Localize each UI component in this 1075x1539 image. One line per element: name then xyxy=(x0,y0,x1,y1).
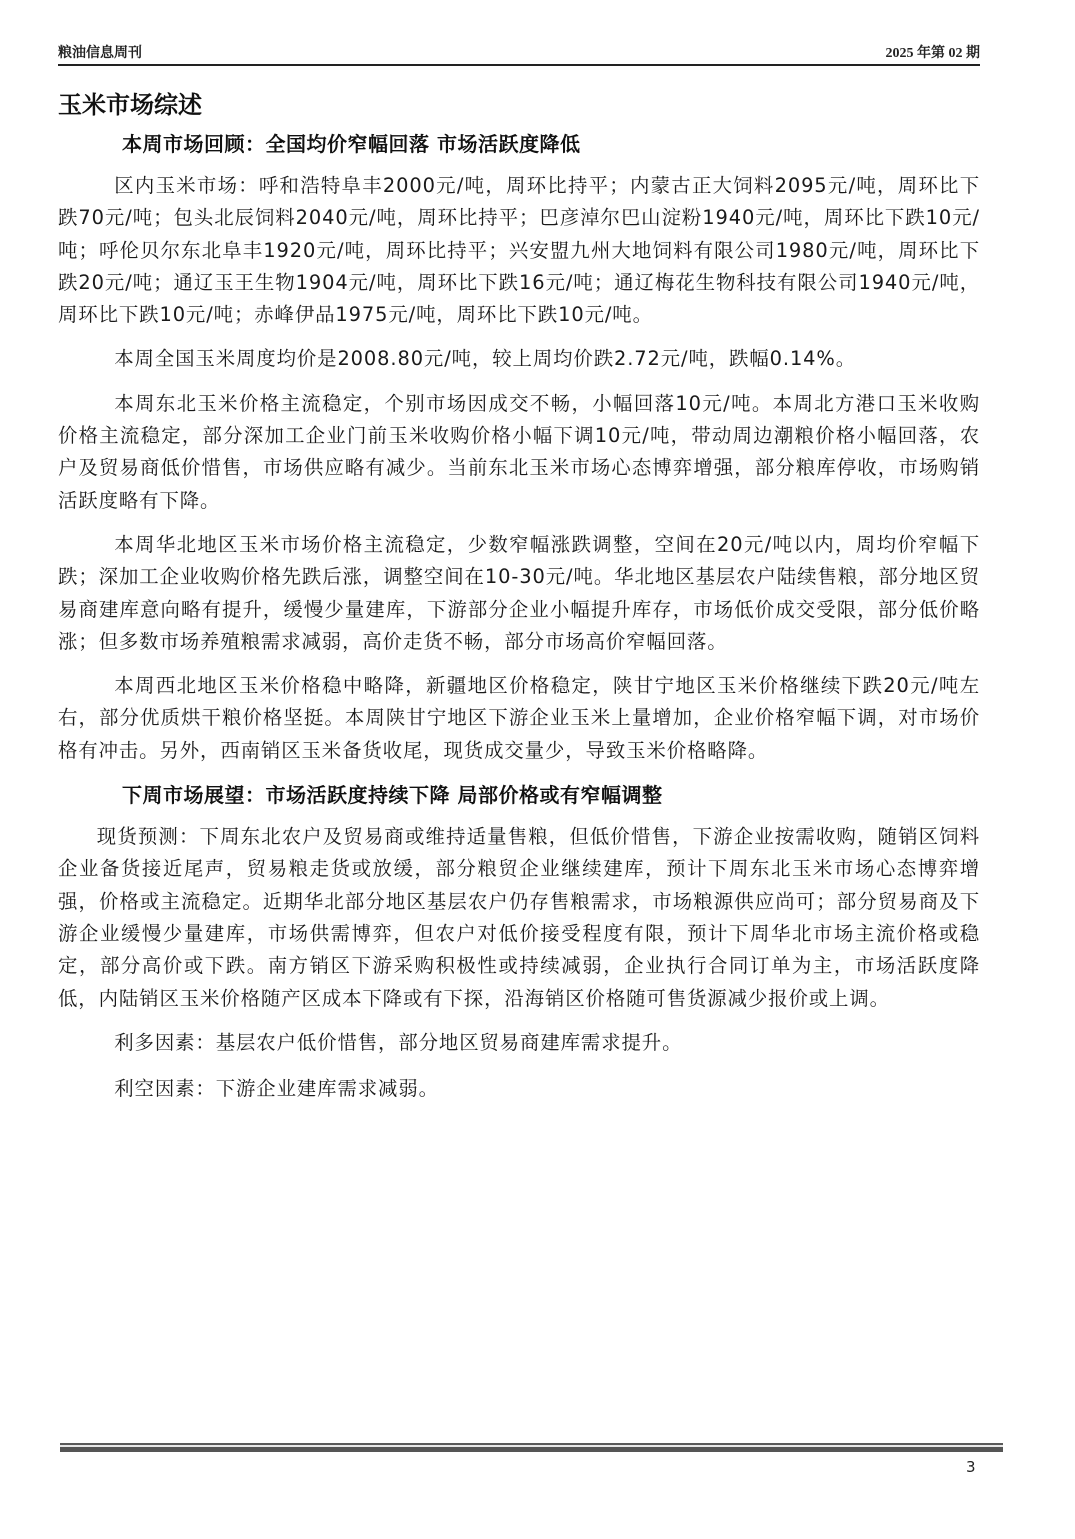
spot-forecast-paragraph: 现货预测：下周东北农户及贸易商或维持适量售粮，但低价惜售，下游企业按需收购，随销… xyxy=(58,821,980,1015)
review-heading: 本周市场回顾：全国均价窄幅回落 市场活跃度降低 xyxy=(58,128,980,160)
section-title: 玉米市场综述 xyxy=(58,88,980,122)
footer-divider xyxy=(60,1443,1003,1453)
northeast-paragraph: 本周东北玉米价格主流稳定，个别市场因成交不畅，小幅回落10元/吨。本周北方港口玉… xyxy=(58,388,980,517)
issue-label: 2025 年第 02 期 xyxy=(886,46,981,64)
northwest-paragraph: 本周西北地区玉米价格稳中略降，新疆地区价格稳定，陕甘宁地区玉米价格继续下跌20元… xyxy=(58,670,980,767)
national-average-paragraph: 本周全国玉米周度均价是2008.80元/吨，较上周均价跌2.72元/吨，跌幅0.… xyxy=(58,343,980,375)
article-body: 玉米市场综述 本周市场回顾：全国均价窄幅回落 市场活跃度降低 区内玉米市场：呼和… xyxy=(58,88,980,1119)
publication-name: 粮油信息周刊 xyxy=(58,46,142,64)
north-china-paragraph: 本周华北地区玉米市场价格主流稳定，少数窄幅涨跌调整，空间在20元/吨以内，周均价… xyxy=(58,529,980,658)
regional-prices-paragraph: 区内玉米市场：呼和浩特阜丰2000元/吨，周环比持平；内蒙古正大饲料2095元/… xyxy=(58,170,980,331)
outlook-heading: 下周市场展望：市场活跃度持续下降 局部价格或有窄幅调整 xyxy=(58,779,980,811)
bullish-factors: 利多因素：基层农户低价惜售，部分地区贸易商建库需求提升。 xyxy=(58,1027,980,1059)
footer-divider-thick-line xyxy=(60,1447,1003,1452)
page-number: 3 xyxy=(966,1458,976,1476)
bearish-factors: 利空因素：下游企业建库需求减弱。 xyxy=(58,1073,980,1105)
page-header: 粮油信息周刊 2025 年第 02 期 xyxy=(58,44,980,66)
